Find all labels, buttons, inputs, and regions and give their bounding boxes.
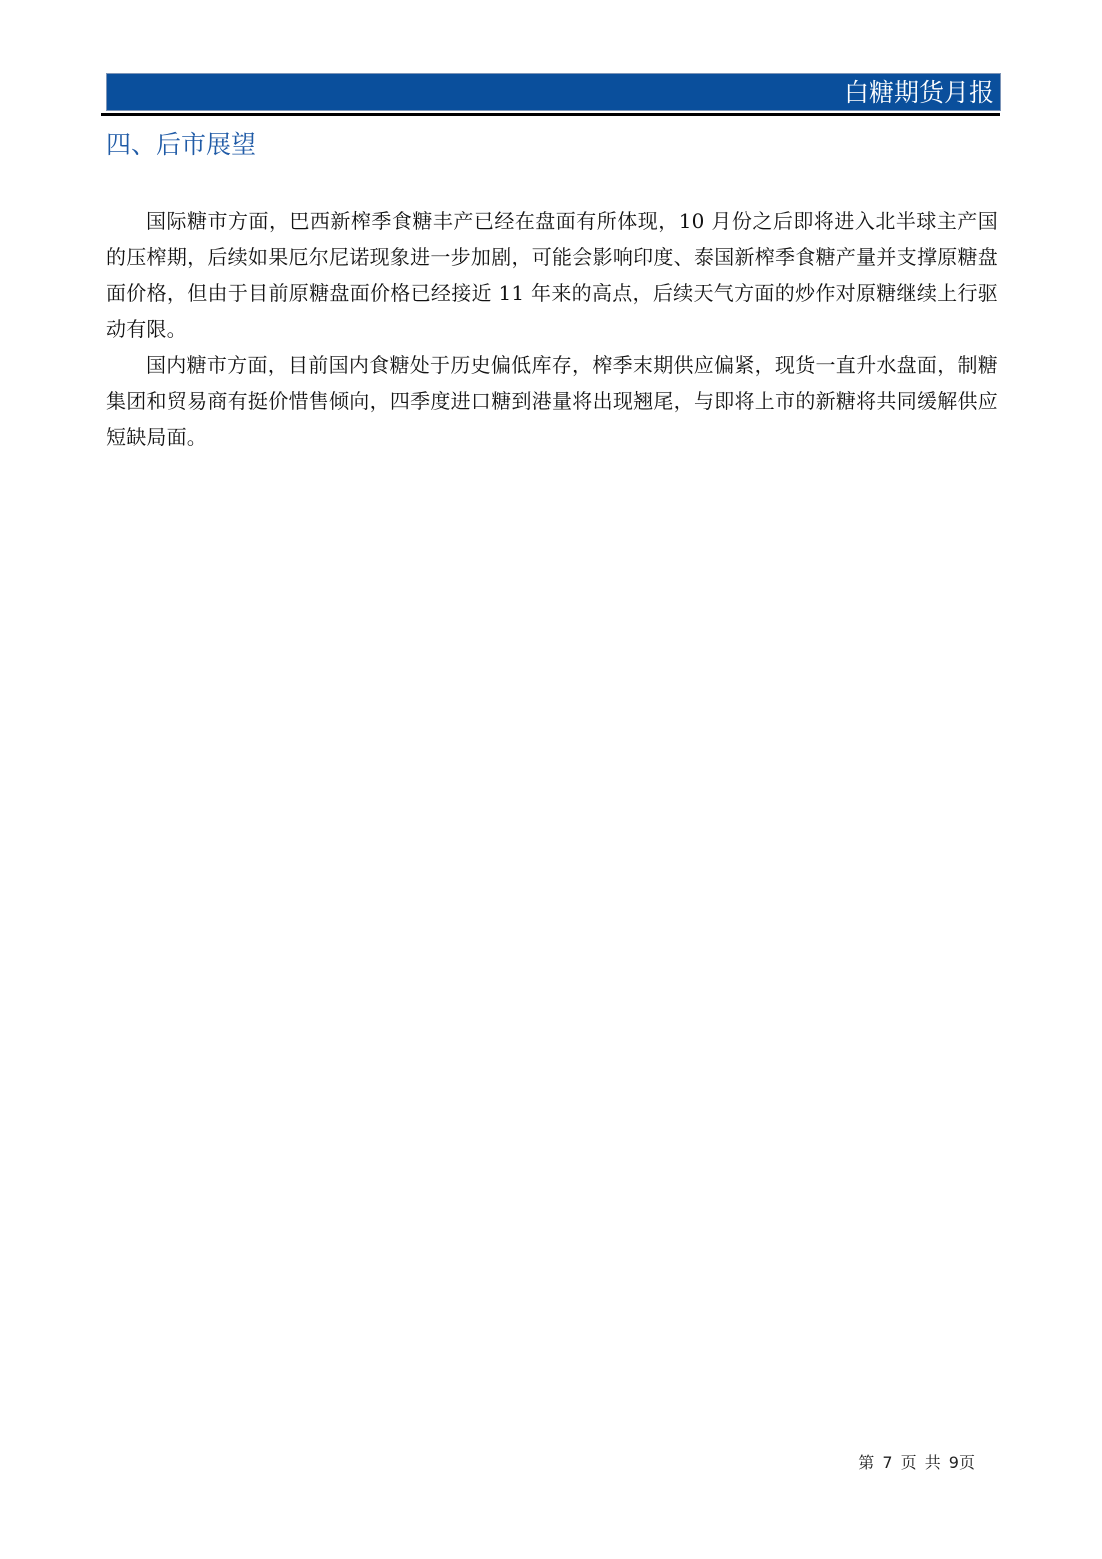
paragraph-domestic-market: 国内糖市方面，目前国内食糖处于历史偏低库存，榨季末期供应偏紧，现货一直升水盘面，… — [106, 347, 998, 455]
paragraph-international-market: 国际糖市方面，巴西新榨季食糖丰产已经在盘面有所体现，10 月份之后即将进入北半球… — [106, 203, 998, 347]
section-title: 四、后市展望 — [106, 128, 256, 162]
page-number: 第 7 页 共 9页 — [858, 1452, 975, 1474]
section-body: 国际糖市方面，巴西新榨季食糖丰产已经在盘面有所体现，10 月份之后即将进入北半球… — [106, 203, 998, 455]
report-header-bar: 白糖期货月报 — [106, 73, 1001, 111]
report-title: 白糖期货月报 — [844, 77, 994, 109]
header-divider — [101, 113, 1000, 116]
